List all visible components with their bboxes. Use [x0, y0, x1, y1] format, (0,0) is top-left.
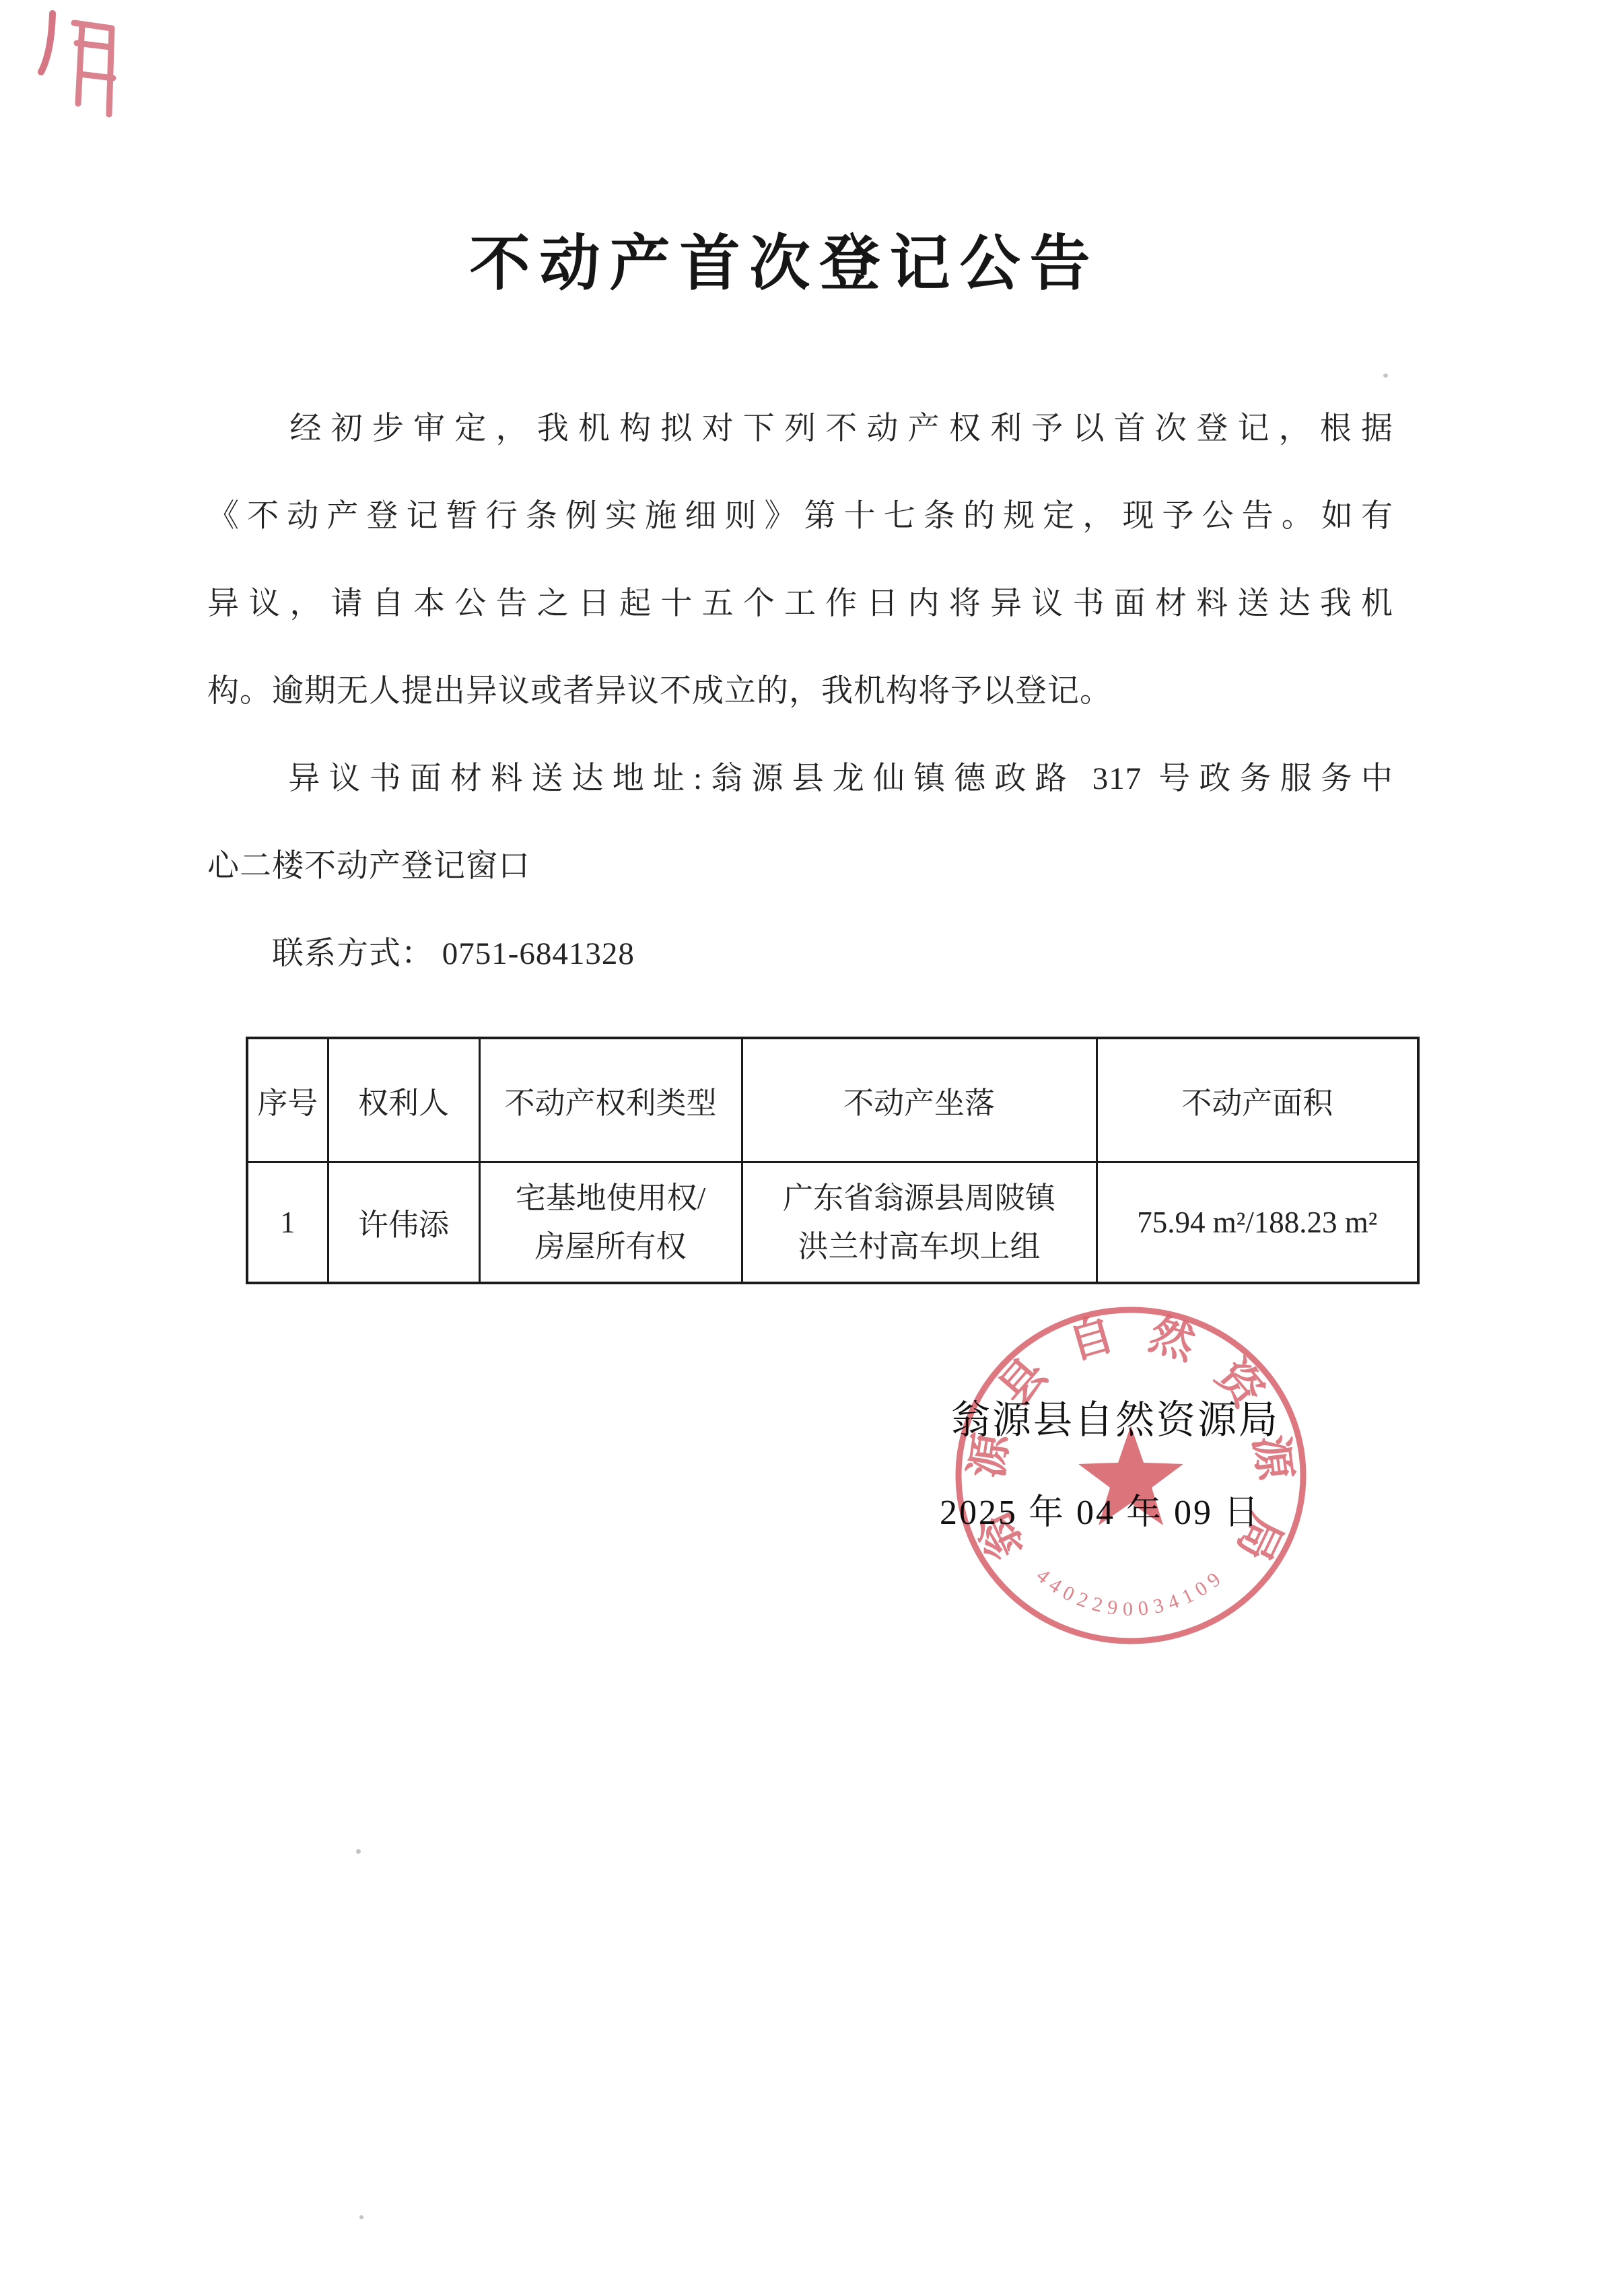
body-line: 异议，请自本公告之日起十五个工作日内将异议书面材料送达我机 — [207, 560, 1393, 648]
right-type-line: 房屋所有权 — [485, 1222, 737, 1271]
cell-right-holder: 许伟添 — [328, 1162, 479, 1283]
scan-noise-speck — [359, 2215, 363, 2219]
location-line: 洪兰村高车坝上组 — [747, 1222, 1092, 1271]
location-line: 广东省翁源县周陂镇 — [747, 1174, 1092, 1222]
scan-noise-speck — [1383, 374, 1388, 378]
announcement-body: 经初步审定，我机构拟对下列不动产权利予以首次登记，根据 《不动产登记暂行条例实施… — [207, 385, 1393, 998]
document-page: { "page": { "title": "不动产首次登记公告" }, "bod… — [0, 0, 1600, 2296]
header-area: 不动产面积 — [1097, 1038, 1418, 1162]
body-line: 心二楼不动产登记窗口 — [207, 823, 1393, 910]
official-seal: 翁源县自然资源局 4402290034109 — [948, 1302, 1315, 1665]
cell-serial-no: 1 — [247, 1162, 328, 1283]
right-type-line: 宅基地使用权/ — [485, 1174, 737, 1222]
star-icon — [1078, 1426, 1183, 1525]
body-line: 异议书面材料送达地址:翁源县龙仙镇德政路 317 号政务服务中 — [207, 735, 1393, 823]
body-line: 经初步审定，我机构拟对下列不动产权利予以首次登记，根据 — [207, 385, 1393, 473]
page-title: 不动产首次登记公告 — [0, 214, 1585, 302]
header-right-type: 不动产权利类型 — [479, 1038, 742, 1162]
body-line: 构。逾期无人提出异议或者异议不成立的，我机构将予以登记。 — [207, 648, 1393, 735]
header-serial-no: 序号 — [247, 1038, 328, 1162]
cell-location: 广东省翁源县周陂镇 洪兰村高车坝上组 — [742, 1162, 1097, 1283]
table-row: 1 许伟添 宅基地使用权/ 房屋所有权 广东省翁源县周陂镇 洪兰村高车坝上组 7… — [247, 1162, 1418, 1283]
red-stamp-fragment-icon — [34, 8, 135, 126]
cell-right-type: 宅基地使用权/ 房屋所有权 — [479, 1162, 742, 1283]
scan-noise-speck — [356, 1849, 361, 1854]
table-header-row: 序号 权利人 不动产权利类型 不动产坐落 不动产面积 — [247, 1038, 1418, 1162]
body-line: 《不动产登记暂行条例实施细则》第十七条的规定，现予公告。如有 — [207, 473, 1393, 560]
header-right-holder: 权利人 — [328, 1038, 479, 1162]
header-location: 不动产坐落 — [742, 1038, 1097, 1162]
seal-code: 4402290034109 — [1032, 1564, 1229, 1620]
contact-line: 联系方式： 0751-6841328 — [207, 910, 1393, 998]
registration-table: 序号 权利人 不动产权利类型 不动产坐落 不动产面积 1 许伟添 宅基地使用权/… — [246, 1037, 1420, 1284]
cell-area: 75.94 m²/188.23 m² — [1097, 1162, 1418, 1283]
